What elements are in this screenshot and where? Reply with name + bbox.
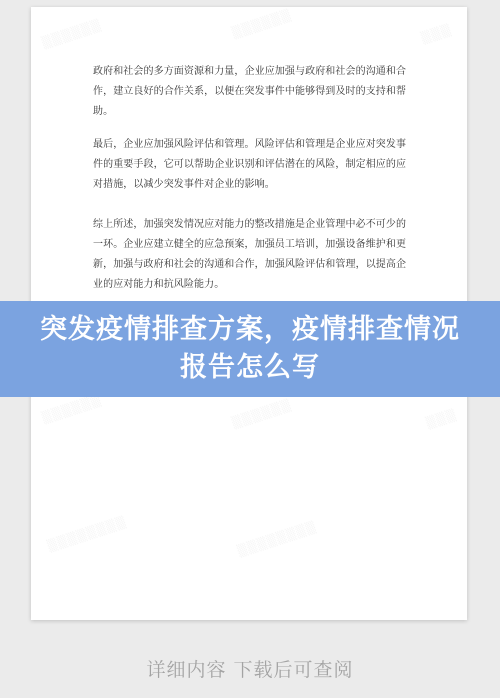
banner-title: 突发疫情排查方案，疫情排查情况报告怎么写 (40, 311, 460, 387)
watermark: ▒▒▒ (425, 408, 459, 431)
watermark: ▒▒▒ (420, 23, 454, 46)
watermark: ▒▒▒▒▒▒ (40, 18, 103, 50)
paragraph-risk-management: 最后，企业应加强风险评估和管理。风险评估和管理是企业应对突发事件的重要手段，它可… (93, 135, 409, 195)
watermark: ▒▒▒▒▒▒▒▒ (46, 515, 128, 554)
title-banner: 突发疫情排查方案，疫情排查情况报告怎么写 (0, 301, 500, 397)
download-hint: 详细内容 下载后可查阅 (0, 655, 500, 682)
paragraph-cooperation: 政府和社会的多方面资源和力量，企业应加强与政府和社会的沟通和合作，建立良好的合作… (93, 62, 409, 122)
paragraph-conclusion: 综上所述，加强突发情况应对能力的整改措施是企业管理中必不可少的一环。企业应建立健… (93, 215, 409, 295)
watermark: ▒▒▒▒▒▒▒▒ (236, 520, 318, 559)
watermark: ▒▒▒▒▒▒ (230, 398, 293, 430)
watermark: ▒▒▒▒▒▒ (230, 8, 293, 40)
watermark: ▒▒▒▒▒▒ (40, 393, 103, 425)
